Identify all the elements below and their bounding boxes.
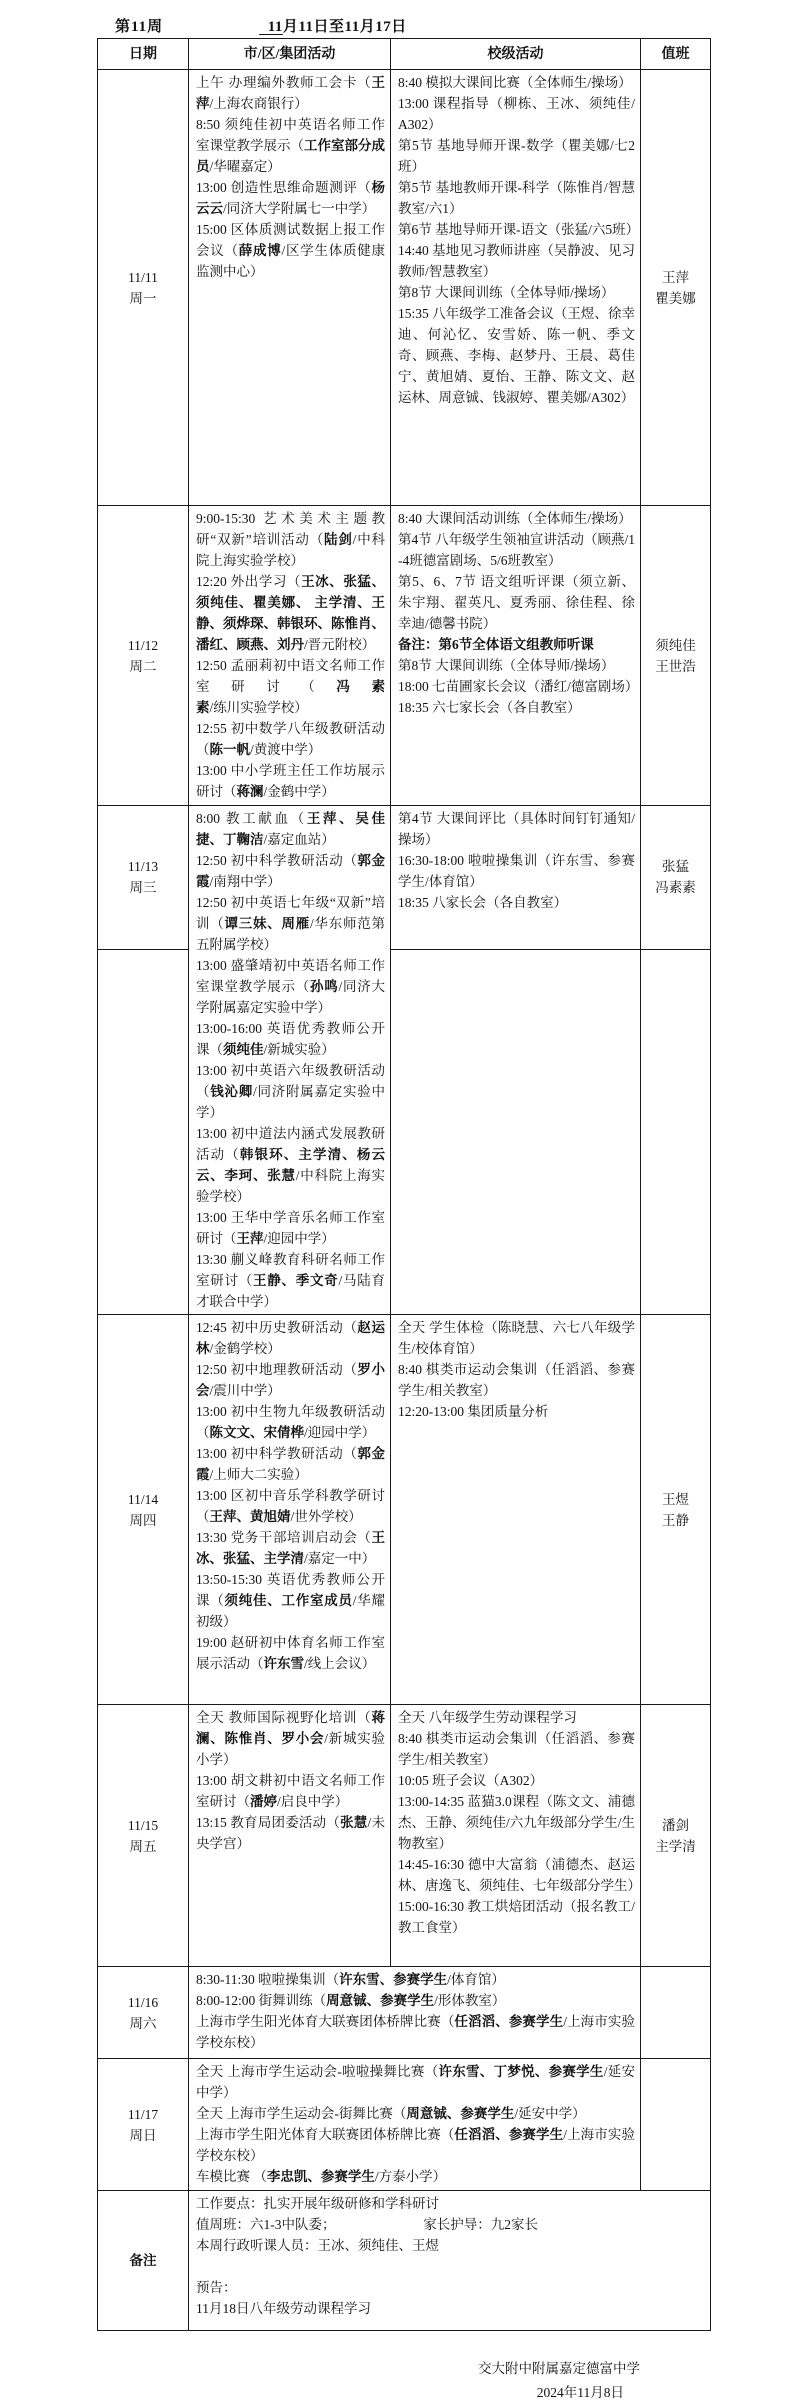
date-value: 11/17: [99, 2104, 187, 2125]
schedule-body: 11/11周一上午 办理编外教师工会卡（王萍/上海农商银行）8:50 须纯佳初中…: [98, 70, 711, 2331]
school-activities-cell-empty: [391, 949, 641, 1314]
activity: 12:50 初中地理教研活动（罗小会/震川中学）: [196, 1359, 385, 1401]
activity: 16:30-18:00 啦啦操集训（许东雪、参赛学生/体育馆）: [398, 850, 635, 892]
header-row: 日期 市/区/集团活动 校级活动 值班: [98, 39, 711, 70]
activity: 13:00 初中生物九年级教研活动（陈文文、宋倩桦/迎园中学）: [196, 1401, 385, 1443]
activity: 13:00 盛肇靖初中英语名师工作室课堂教学展示（孙鸣/同济大学附属嘉定实验中学…: [196, 955, 385, 1018]
activity: 12:20-13:00 集团质量分析: [398, 1401, 635, 1422]
schedule-row: 11/15周五全天 教师国际视野化培训（蒋澜、陈惟肖、罗小会/新城实验小学）13…: [98, 1705, 711, 1967]
activity: 第5节 基地教师开课-科学（陈惟肖/智慧教室/六1）: [398, 177, 635, 219]
district-activities-cell: 9:00-15:30 艺术美术主题教研“双新”培训活动（陆剑/中科院上海实验学校…: [189, 506, 391, 806]
activity: 19:00 赵研初中体育名师工作室展示活动（许东雪/线上会议）: [196, 1632, 385, 1674]
activity: 8:00-12:00 街舞训练（周意铖、参赛学生/形体教室）: [196, 1990, 635, 2011]
activity: 14:40 基地见习教师讲座（吴静波、见习教师/智慧教室）: [398, 240, 635, 282]
weekday-value: 周六: [99, 2013, 187, 2034]
activity: 13:00 初中英语六年级教研活动（钱沁卿/同济附属嘉定实验中学）: [196, 1060, 385, 1123]
duty-name: 须纯佳: [642, 635, 709, 656]
activity: 8:50 须纯佳初中英语名师工作室课堂教学展示（工作室部分成员/华曜嘉定）: [196, 114, 385, 177]
duty-cell-empty: [641, 949, 711, 1314]
duty-name: 王煜: [642, 1489, 709, 1510]
date-value: 11/13: [99, 856, 187, 877]
activity: 13:00 初中道法内涵式发展教研活动（韩银环、主学清、杨云云、李珂、张慧/中科…: [196, 1123, 385, 1207]
activity: 18:35 八家长会（各自教室）: [398, 892, 635, 913]
activity: 13:30 蒯义峰教育科研名师工作室研讨（王静、季文奇/马陆育才联合中学）: [196, 1249, 385, 1312]
activity: 8:30-11:30 啦啦操集训（许东雪、参赛学生/体育馆）: [196, 1969, 635, 1990]
activity: 全天 学生体检（陈晓慧、六七八年级学生/校体育馆）: [398, 1317, 635, 1359]
date-cell: 11/14周四: [98, 1315, 189, 1705]
activity: 备注：第6节全体语文组教师听课: [398, 634, 635, 655]
activity: 8:40 大课间活动训练（全体师生/操场）: [398, 508, 635, 529]
date-cell-empty: [98, 949, 189, 1314]
week-label: 第11周: [115, 15, 163, 36]
activity: 第5节 基地导师开课-数学（瞿美娜/七2班）: [398, 135, 635, 177]
notes-cell: 工作要点：扎实开展年级研修和学科研讨值周班：六1-3中队委； 家长护导：九2家长…: [189, 2191, 711, 2331]
activity: 全天 教师国际视野化培训（蒋澜、陈惟肖、罗小会/新城实验小学）: [196, 1707, 385, 1770]
activity: 13:00 中小学班主任工作坊展示研讨（蒋澜/金鹤中学）: [196, 760, 385, 802]
date-cell: 11/16周六: [98, 1967, 189, 2059]
duty-cell: 张猛冯素素: [641, 806, 711, 950]
date-cell: 11/17周日: [98, 2059, 189, 2191]
activity: 14:45-16:30 德中大富翁（浦德杰、赵运林、唐逸飞、须纯佳、七年级部分学…: [398, 1854, 635, 1896]
activity: 13:00 胡文耕初中语文名师工作室研讨（潘婷/启良中学）: [196, 1770, 385, 1812]
schedule-table: 日期 市/区/集团活动 校级活动 值班 11/11周一上午 办理编外教师工会卡（…: [97, 38, 711, 2331]
district-activities-cell: 12:45 初中历史教研活动（赵运林/金鹤学校）12:50 初中地理教研活动（罗…: [189, 1315, 391, 1705]
date-value: 11/12: [99, 635, 187, 656]
col-header-district-activities: 市/区/集团活动: [189, 39, 391, 70]
activity: 13:30 党务干部培训启动会（王冰、张猛、主学清/嘉定一中）: [196, 1527, 385, 1569]
duty-cell: 须纯佳王世浩: [641, 506, 711, 806]
activity: 第6节 基地导师开课-语文（张猛/六5班）: [398, 219, 635, 240]
date-cell: 11/15周五: [98, 1705, 189, 1967]
weekend-activities-cell: 8:30-11:30 啦啦操集训（许东雪、参赛学生/体育馆）8:00-12:00…: [189, 1967, 641, 2059]
activity: 8:40 棋类市运动会集训（任滔滔、参赛学生/相关教室）: [398, 1728, 635, 1770]
activity: 12:20 外出学习（王冰、张猛、须纯佳、瞿美娜、 主学清、王静、须烨琛、韩银环…: [196, 571, 385, 655]
note-line: 预告：: [196, 2277, 705, 2298]
activity: 13:00 初中科学教研活动（郭金霞/上师大二实验）: [196, 1443, 385, 1485]
activity: 8:00 教工献血（王萍、吴佳捷、丁鞠洁/嘉定血站）: [196, 808, 385, 850]
activity: 第8节 大课间训练（全体导师/操场）: [398, 282, 635, 303]
activity: 第5、6、7节 语文组听评课（须立新、朱宇翔、翟英凡、夏秀丽、徐佳程、徐幸迪/德…: [398, 571, 635, 634]
duty-name: 主学清: [642, 1836, 709, 1857]
activity: 13:00-14:35 蓝猫3.0课程（陈文文、浦德杰、王静、须纯佳/六九年级部…: [398, 1791, 635, 1854]
district-activities-cell: 8:00 教工献血（王萍、吴佳捷、丁鞠洁/嘉定血站）12:50 初中科学教研活动…: [189, 806, 391, 1315]
duty-cell: 潘剑主学清: [641, 1705, 711, 1967]
activity: 15:35 八年级学工准备会议（王煜、徐幸迪、何沁忆、安雪娇、陈一帆、季文奇、顾…: [398, 303, 635, 408]
date-value: 11/15: [99, 1815, 187, 1836]
activity: 全天 上海市学生运动会-街舞比赛（周意铖、参赛学生/延安中学）: [196, 2103, 635, 2124]
activity: 全天 上海市学生运动会-啦啦操舞比赛（许东雪、丁梦悦、参赛学生/延安中学）: [196, 2061, 635, 2103]
col-header-school-activities: 校级活动: [391, 39, 641, 70]
school-activities-cell: 全天 八年级学生劳动课程学习8:40 棋类市运动会集训（任滔滔、参赛学生/相关教…: [391, 1705, 641, 1967]
duty-name: 王萍: [642, 267, 709, 288]
weekday-value: 周四: [99, 1510, 187, 1531]
page-footer: 交大附中附属嘉定德富中学 2024年11月8日: [0, 2357, 795, 2405]
schedule-row: 11/14周四12:45 初中历史教研活动（赵运林/金鹤学校）12:50 初中地…: [98, 1315, 711, 1705]
activity: 18:35 六七家长会（各自教室）: [398, 697, 635, 718]
district-activities-cell: 全天 教师国际视野化培训（蒋澜、陈惟肖、罗小会/新城实验小学）13:00 胡文耕…: [189, 1705, 391, 1967]
weekend-activities-cell: 全天 上海市学生运动会-啦啦操舞比赛（许东雪、丁梦悦、参赛学生/延安中学）全天 …: [189, 2059, 641, 2191]
activity: 第4节 八年级学生领袖宣讲活动（顾燕/1-4班德富剧场、5/6班教室）: [398, 529, 635, 571]
activity: 上海市学生阳光体育大联赛团体桥牌比赛（任滔滔、参赛学生/上海市实验学校东校）: [196, 2011, 635, 2053]
activity: 18:00 七苗圃家长会议（潘红/德富剧场）: [398, 676, 635, 697]
schedule-row: 备注工作要点：扎实开展年级研修和学科研讨值周班：六1-3中队委； 家长护导：九2…: [98, 2191, 711, 2331]
activity: 13:15 教育局团委活动（张慧/未央学宫）: [196, 1812, 385, 1854]
activity: 13:00 区初中音乐学科教学研讨（王萍、黄旭婧/世外学校）: [196, 1485, 385, 1527]
date-range-underlined: 11: [259, 19, 283, 35]
activity: 12:45 初中历史教研活动（赵运林/金鹤学校）: [196, 1317, 385, 1359]
duty-name: 王静: [642, 1510, 709, 1531]
school-activities-cell: 第4节 大课间评比（具体时间钉钉通知/操场）16:30-18:00 啦啦操集训（…: [391, 806, 641, 950]
schedule-page: 第11周 11月11日至11月17日 日期 市/区/集团活动 校级活动 值班 1…: [0, 0, 795, 2405]
activity: 13:00-16:00 英语优秀教师公开课（须纯佳/新城实验）: [196, 1018, 385, 1060]
note-line: [196, 2256, 705, 2277]
activity: 第8节 大课间训练（全体导师/操场）: [398, 655, 635, 676]
note-line: 值周班：六1-3中队委； 家长护导：九2家长: [196, 2214, 705, 2235]
school-activities-cell: 8:40 大课间活动训练（全体师生/操场）第4节 八年级学生领袖宣讲活动（顾燕/…: [391, 506, 641, 806]
activity: 8:40 棋类市运动会集训（任滔滔、参赛学生/相关教室）: [398, 1359, 635, 1401]
school-activities-cell: 全天 学生体检（陈晓慧、六七八年级学生/校体育馆）8:40 棋类市运动会集训（任…: [391, 1315, 641, 1705]
footer-school-name: 交大附中附属嘉定德富中学: [0, 2357, 795, 2381]
duty-name: 张猛: [642, 856, 709, 877]
activity: 10:05 班子会议（A302）: [398, 1770, 635, 1791]
weekday-value: 周一: [99, 288, 187, 309]
schedule-row: 11/12周二9:00-15:30 艺术美术主题教研“双新”培训活动（陆剑/中科…: [98, 506, 711, 806]
activity: 12:55 初中数学八年级教研活动（陈一帆/黄渡中学）: [196, 718, 385, 760]
schedule-row: 11/13周三8:00 教工献血（王萍、吴佳捷、丁鞠洁/嘉定血站）12:50 初…: [98, 806, 711, 950]
weekday-value: 周三: [99, 877, 187, 898]
date-cell: 11/11周一: [98, 70, 189, 506]
note-line: 11月18日八年级劳动课程学习: [196, 2298, 705, 2319]
duty-cell: 王煜王静: [641, 1315, 711, 1705]
duty-cell: [641, 1967, 711, 2059]
date-range-rest: 月11日至11月17日: [283, 19, 407, 35]
date-value: 11/14: [99, 1489, 187, 1510]
activity: 13:00 创造性思维命题测评（杨云云/同济大学附属七一中学）: [196, 177, 385, 219]
note-line: 工作要点：扎实开展年级研修和学科研讨: [196, 2193, 705, 2214]
activity: 13:00 王华中学音乐名师工作室研讨（王萍/迎园中学）: [196, 1207, 385, 1249]
activity: 9:00-15:30 艺术美术主题教研“双新”培训活动（陆剑/中科院上海实验学校…: [196, 508, 385, 571]
activity: 15:00 区体质测试数据上报工作会议（薛成博/区学生体质健康监测中心）: [196, 219, 385, 282]
schedule-row: 11/11周一上午 办理编外教师工会卡（王萍/上海农商银行）8:50 须纯佳初中…: [98, 70, 711, 506]
activity: 12:50 孟丽莉初中语文名师工作室研讨（冯素素/练川实验学校）: [196, 655, 385, 718]
note-line: 本周行政听课人员：王冰、须纯佳、王煜: [196, 2235, 705, 2256]
col-header-date: 日期: [98, 39, 189, 70]
activity: 上午 办理编外教师工会卡（王萍/上海农商银行）: [196, 72, 385, 114]
footer-date: 2024年11月8日: [0, 2381, 795, 2405]
col-header-duty: 值班: [641, 39, 711, 70]
date-value: 11/11: [99, 267, 187, 288]
schedule-row: 11/16周六8:30-11:30 啦啦操集训（许东雪、参赛学生/体育馆）8:0…: [98, 1967, 711, 2059]
weekday-value: 周五: [99, 1836, 187, 1857]
activity: 上海市学生阳光体育大联赛团体桥牌比赛（任滔滔、参赛学生/上海市实验学校东校）: [196, 2124, 635, 2166]
duty-cell: 王萍瞿美娜: [641, 70, 711, 506]
activity: 12:50 初中英语七年级“双新”培训（谭三妹、周雁/华东师范第五附属学校）: [196, 892, 385, 955]
activity: 13:50-15:30 英语优秀教师公开课（须纯佳、工作室成员/华耀初级）: [196, 1569, 385, 1632]
schedule-row: 11/17周日全天 上海市学生运动会-啦啦操舞比赛（许东雪、丁梦悦、参赛学生/延…: [98, 2059, 711, 2191]
title-bar: 第11周 11月11日至11月17日: [97, 10, 710, 36]
notes-label-cell: 备注: [98, 2191, 189, 2331]
date-value: 11/16: [99, 1992, 187, 2013]
weekday-value: 周二: [99, 656, 187, 677]
date-range: 11月11日至11月17日: [259, 15, 407, 36]
activity: 12:50 初中科学教研活动（郭金霞/南翔中学）: [196, 850, 385, 892]
activity: 13:00 课程指导（柳栋、王冰、须纯佳/ A302）: [398, 93, 635, 135]
activity: 8:40 模拟大课间比赛（全体师生/操场）: [398, 72, 635, 93]
activity: 15:00-16:30 教工烘焙团活动（报名教工/教工食堂）: [398, 1896, 635, 1938]
date-cell: 11/13周三: [98, 806, 189, 950]
activity: 第4节 大课间评比（具体时间钉钉通知/操场）: [398, 808, 635, 850]
date-cell: 11/12周二: [98, 506, 189, 806]
duty-name: 潘剑: [642, 1815, 709, 1836]
activity: 车模比赛 （李忠凯、参赛学生/方泰小学）: [196, 2166, 635, 2187]
duty-name: 冯素素: [642, 877, 709, 898]
activity: 全天 八年级学生劳动课程学习: [398, 1707, 635, 1728]
school-activities-cell: 8:40 模拟大课间比赛（全体师生/操场）13:00 课程指导（柳栋、王冰、须纯…: [391, 70, 641, 506]
duty-cell: [641, 2059, 711, 2191]
district-activities-cell: 上午 办理编外教师工会卡（王萍/上海农商银行）8:50 须纯佳初中英语名师工作室…: [189, 70, 391, 506]
duty-name: 王世浩: [642, 656, 709, 677]
duty-name: 瞿美娜: [642, 288, 709, 309]
weekday-value: 周日: [99, 2125, 187, 2146]
